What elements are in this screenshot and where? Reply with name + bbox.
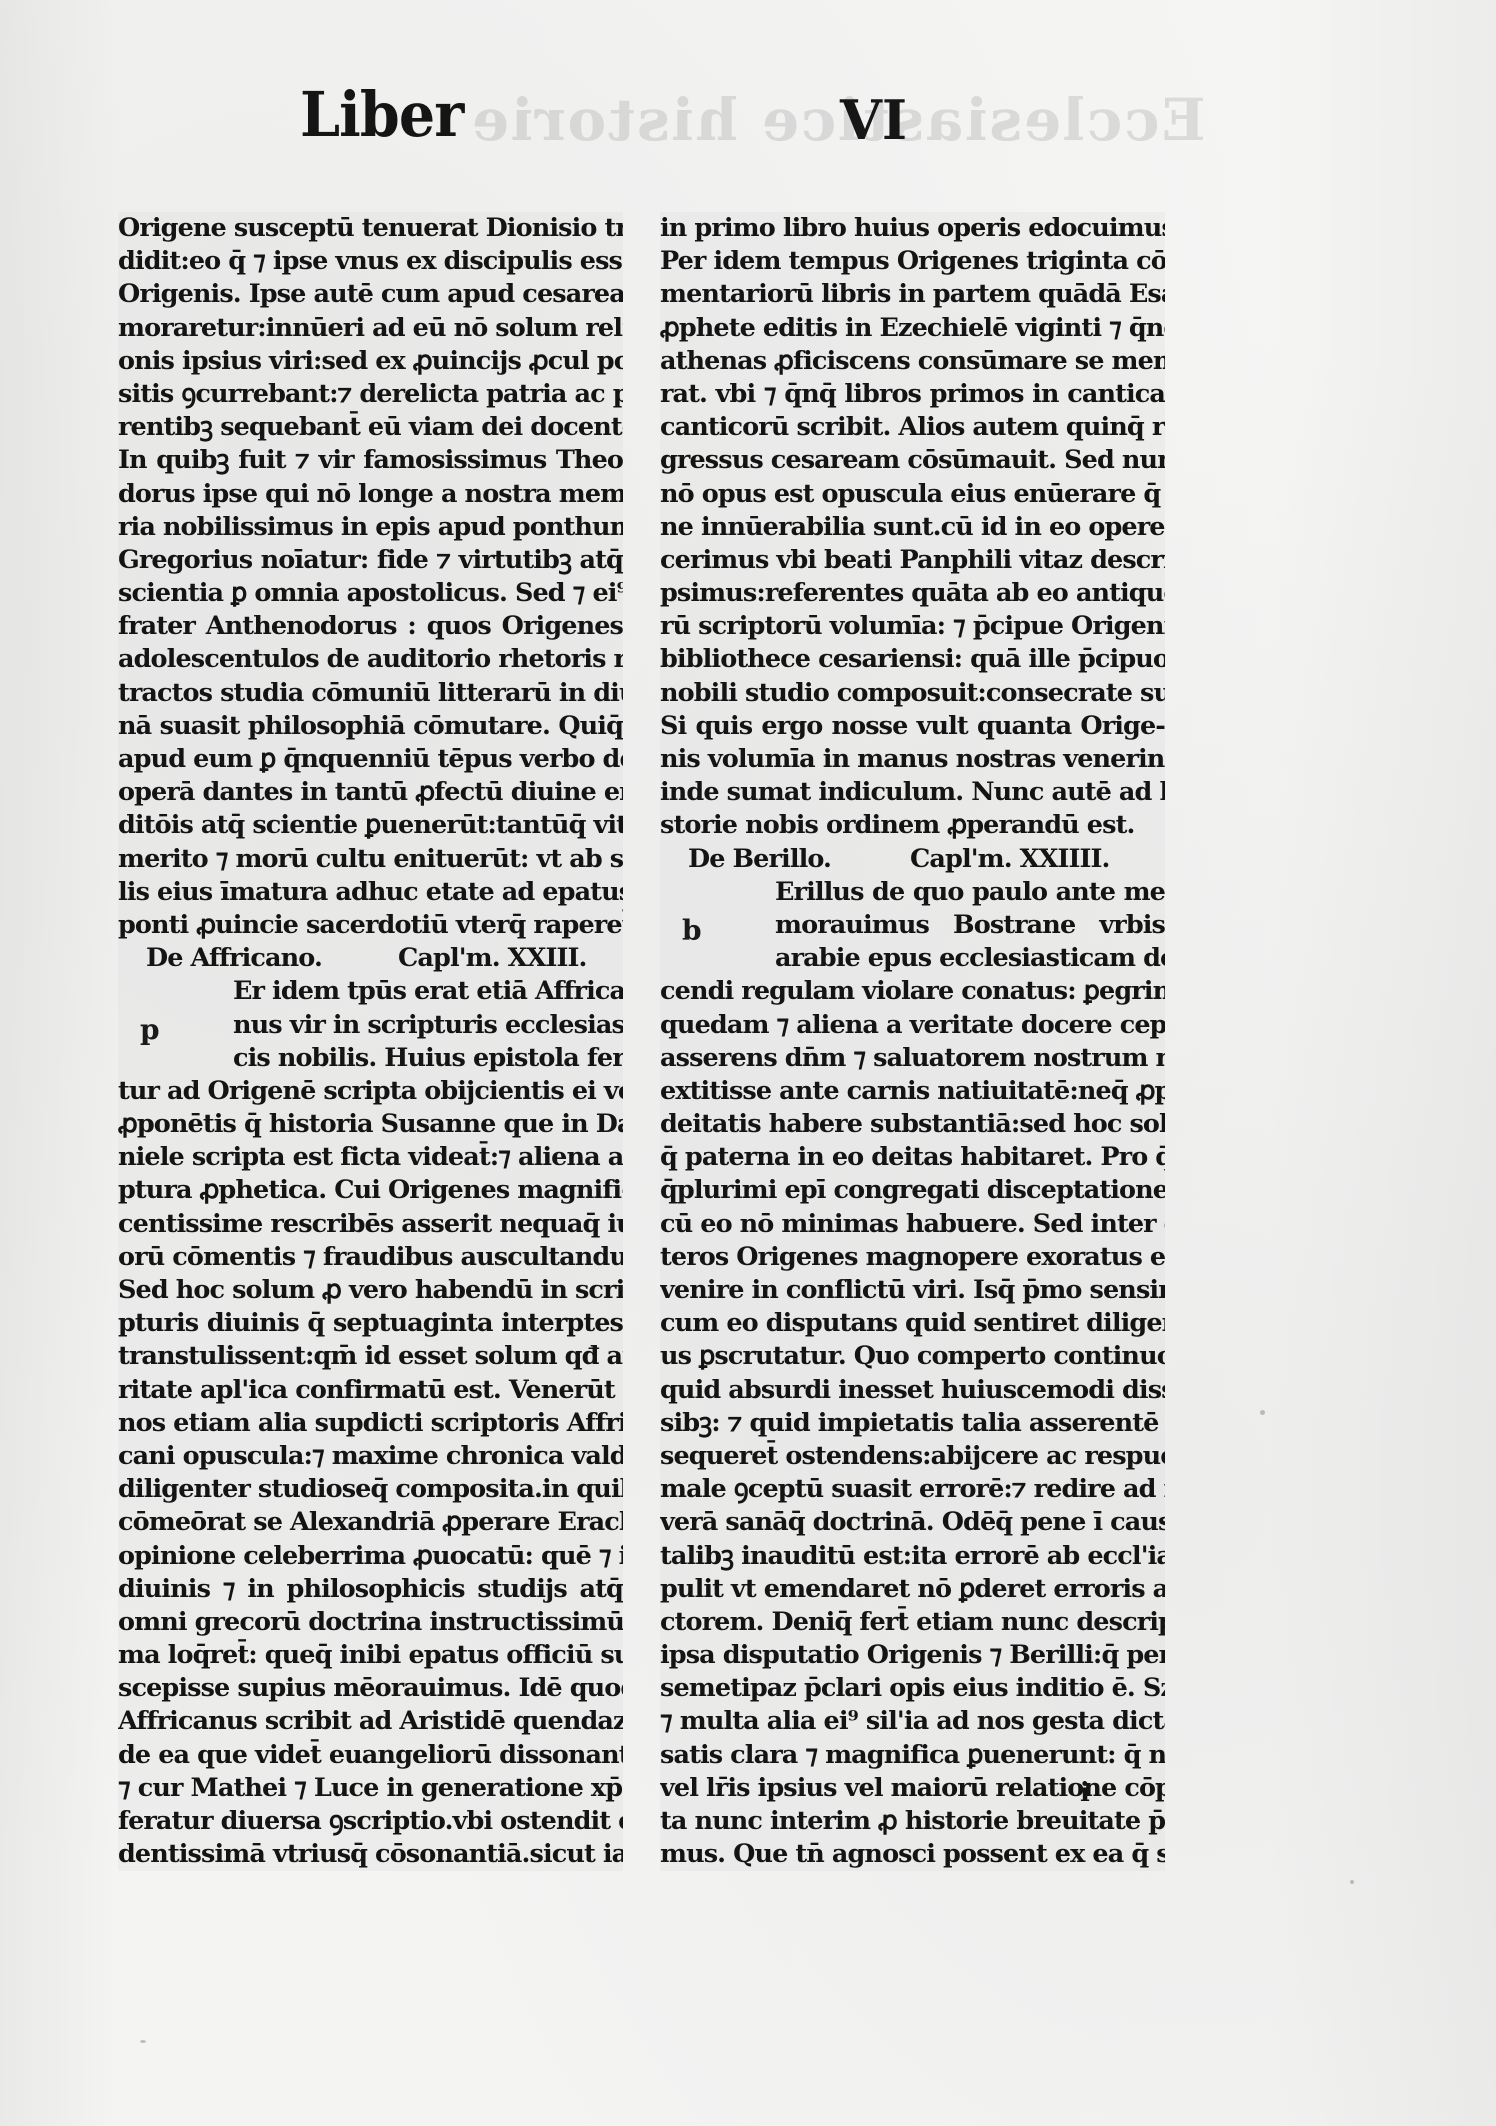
text-line: frater Anthenodorus : quos Origenes (118, 610, 623, 643)
chapter-number: Capl'm. XXIIII. (910, 843, 1110, 876)
text-line: apud eum ꝑ q̄nquenniū tēpus verbo dei (118, 743, 623, 776)
text-line: tractos studia cōmuniū litterarū in diui… (118, 677, 623, 710)
book-number: VI (840, 88, 907, 152)
text-line: centissime rescribēs asserit nequaq̄ iud… (118, 1208, 623, 1241)
book-page: Ecclesiastice historie Liber VI Origene … (0, 0, 1496, 2126)
text-line: ne innūerabilia sunt.cū id in eo opere f… (660, 511, 1165, 544)
text-line: operā dantes in tantū ꝓfectū diuine eru- (118, 776, 623, 809)
text-line: ditōis atq̄ scientie ꝑuenerūt:tantūq̄ vi… (118, 809, 623, 842)
text-line: sequeret̄ ostendens:abijcere ac respuere (660, 1440, 1165, 1473)
text-line: mentariorū libris in partem quādā Esaie (660, 278, 1165, 311)
text-line: gressus cesaream cōsūmauit. Sed nunc (660, 444, 1165, 477)
text-line: dentissimā vtriusq̄ cōsonantiā.sicut iam (118, 1838, 623, 1871)
text-line: ctorem. Deniq̄ fert̄ etiam nunc descript… (660, 1606, 1165, 1639)
text-line: Origene susceptū tenuerat Dionisio tra- (118, 212, 623, 245)
left-column: Origene susceptū tenuerat Dionisio tra-d… (118, 212, 623, 1871)
text-line: ⁊ cur Mathei ⁊ Luce in generatione xp̄i (118, 1772, 623, 1805)
text-line: deitatis habere substantiā:sed hoc solum (660, 1108, 1165, 1141)
text-line: quedam ⁊ aliena a veritate docere cepit: (660, 1009, 1165, 1042)
text-line: de ea que videt̄ euangeliorū dissonantia… (118, 1739, 623, 1772)
text-line: merito ⁊ morū cultu enituerūt: vt ab sch… (118, 843, 623, 876)
text-line: opinione celeberrima ꝓuocatū: quē ⁊ in (118, 1540, 623, 1573)
text-line: male ꝯceptū suasit errorē:⁊ redire ad fi… (660, 1473, 1165, 1506)
chapter-title: De Affricano. (146, 943, 322, 973)
text-line: in primo libro huius operis edocuimus (660, 212, 1165, 245)
text-line: extitisse ante carnis natiuitatē:neq̄ ꝓp… (660, 1075, 1165, 1108)
text-line: scepisse supius mēorauimus. Idē quoq̄ (118, 1672, 623, 1705)
text-line: q̄plurimi epī congregati disceptationes (660, 1174, 1165, 1207)
chapter-number: Capl'm. XXIII. (398, 942, 587, 975)
text-line: dorus ipse qui nō longe a nostra memo- (118, 478, 623, 511)
text-line: sibꝫ: ⁊ quid impietatis talia asserentē … (660, 1407, 1165, 1440)
running-head: Liber (300, 78, 463, 151)
text-line: sitis ꝯcurrebant:⁊ derelicta patria ac p… (118, 378, 623, 411)
text-line: diuinis ⁊ in philosophicis studijs atq̄ (118, 1573, 623, 1606)
text-line: teros Origenes magnopere exoratus est (660, 1241, 1165, 1274)
paper-speck (140, 2040, 146, 2043)
text-line: talibꝫ inauditū est:ita errorē ab eccl'i… (660, 1540, 1165, 1573)
text-line: ritate apl'ica confirmatū est. Venerūt a… (118, 1374, 623, 1407)
text-line: ponti ꝓuincie sacerdotiū vterq̄ raperet̄… (118, 909, 623, 942)
text-line: rū scriptorū volumīa: ⁊ p̄cipue Origenis (660, 610, 1165, 643)
text-line: lis eius īmatura adhuc etate ad epatus (118, 876, 623, 909)
text-line: In quibꝫ fuit ⁊ vir famosissimus Theo (118, 444, 623, 477)
text-line: Si quis ergo nosse vult quanta Orige- (660, 710, 1165, 743)
text-line: nos etiam alia supdicti scriptoris Affri… (118, 1407, 623, 1440)
text-line: inde sumat indiculum. Nunc autē ad hi- (660, 776, 1165, 809)
text-line: q̄ paterna in eo deitas habitaret. Pro q… (660, 1141, 1165, 1174)
text-line: verā sanāq̄ doctrinā. Odēq̄ pene ī causi… (660, 1506, 1165, 1539)
text-line: orū cōmentis ⁊ fraudibus auscultanduz. (118, 1241, 623, 1274)
show-through-text: Ecclesiastice historie (470, 86, 1206, 154)
text-line: cū eo nō minimas habuere. Sed inter ce (660, 1208, 1165, 1241)
text-line: didit:eo q̄ ⁊ ipse vnus ex discipulis es… (118, 245, 623, 278)
text-line: us ꝑscrutatur. Quo comperto continuo (660, 1340, 1165, 1373)
text-line: cendi regulam violare conatus: ꝑegrina (660, 975, 1165, 1008)
text-line: storie nobis ordinem ꝓperandū est. (660, 809, 1165, 842)
text-line: scientia ꝑ omnia apostolicus. Sed ⁊ ei⁹ (118, 577, 623, 610)
text-line: niele scripta est ficta videat̄:⁊ aliena… (118, 1141, 623, 1174)
text-line: onis ipsius viri:sed ex ꝓuincijs ꝓcul po… (118, 345, 623, 378)
text-line: Gregorius noīatur: fide ⁊ virtutibꝫ atq̄ (118, 544, 623, 577)
text-line: nā suasit philosophiā cōmutare. Quiq̄ (118, 710, 623, 743)
text-line: ptura ꝓphetica. Cui Origenes magnifi- (118, 1174, 623, 1207)
text-line: athenas ꝓficiscens consūmare se memo- (660, 345, 1165, 378)
text-line: cani opuscula:⁊ maxime chronica valde (118, 1440, 623, 1473)
text-line: transtulissent:qm̄ id esset solum qđ auc… (118, 1340, 623, 1373)
text-line: ꝓponētis q̄ historia Susanne que in Da (118, 1108, 623, 1141)
paper-speck (1350, 1880, 1354, 1884)
chapter-heading: De Affricano. Capl'm. XXIII. (118, 942, 623, 975)
text-line: cerimus vbi beati Panphili vitaz descri (660, 544, 1165, 577)
text-line: ta nunc interim ꝓ historie breuitate p̄t… (660, 1805, 1165, 1838)
text-line: semetipaz p̄clari opis eius inditio ē. S… (660, 1672, 1165, 1705)
text-line: Affricanus scribit ad Aristidē quendaz (118, 1705, 623, 1738)
text-line: Erillus de quo paulo ante me (660, 876, 1165, 909)
text-line: omni grecorū doctrina instructissimū fa- (118, 1606, 623, 1639)
text-line: venire in conflictū viri. Isq̄ p̄mo sens… (660, 1274, 1165, 1307)
text-line: adolescentulos de auditorio rhetoris re- (118, 643, 623, 676)
text-line: Origenis. Ipse autē cum apud cesaream (118, 278, 623, 311)
text-line: ria nobilissimus in epis apud ponthum (118, 511, 623, 544)
text-line: nis volumīa in manus nostras venerint (660, 743, 1165, 776)
signature-mark: i (1080, 1778, 1090, 1808)
text-line: diligenter studioseq̄ composita.in quibꝫ (118, 1473, 623, 1506)
text-line: nus vir in scripturis ecclesiasti (118, 1009, 623, 1042)
chapter-title: De Berillo. (688, 844, 831, 874)
text-line: psimus:referentes quāta ab eo antiquo- (660, 577, 1165, 610)
text-line: pturis diuinis q̄ septuaginta interptes (118, 1307, 623, 1340)
text-line: quid absurdi inesset huiuscemodi dissen- (660, 1374, 1165, 1407)
text-line: pulit vt emendaret nō ꝑderet erroris au- (660, 1573, 1165, 1606)
text-line: Per idem tempus Origenes triginta cō (660, 245, 1165, 278)
text-line: feratur diuersa ꝯscriptio.vbi ostendit e… (118, 1805, 623, 1838)
text-line: rat. vbi ⁊ q̄nq̄ libros primos in cantic… (660, 378, 1165, 411)
text-line: ma loq̄ret̄: queq̄ inibi epatus officiū … (118, 1639, 623, 1672)
text-line: asserens dn̄m ⁊ saluatorem nostrum neq̄ (660, 1042, 1165, 1075)
text-line: canticorū scribit. Alios autem quinq̄ re… (660, 411, 1165, 444)
text-line: rentibꝫ sequebant̄ eū viam dei docentem (118, 411, 623, 444)
text-line: Sed hoc solum ꝓ vero habendū in scri (118, 1274, 623, 1307)
text-line: ⁊ multa alia ei⁹ sil'ia ad nos gesta dic… (660, 1705, 1165, 1738)
text-line: cum eo disputans quid sentiret diligenti (660, 1307, 1165, 1340)
text-line: mus. Que tn̄ agnosci possent ex ea q̄ sc… (660, 1838, 1165, 1871)
text-line: ipsa disputatio Origenis ⁊ Berilli:q̄ pe… (660, 1639, 1165, 1672)
text-line: nō opus est opuscula eius enūerare q̄ pe (660, 478, 1165, 511)
paper-speck (1260, 1410, 1265, 1415)
drop-cap-block: p Er idem tpūs erat etiā Affricanus vir … (118, 975, 623, 1075)
text-line: ꝓphete editis in Ezechielē viginti ⁊ q̄n… (660, 312, 1165, 345)
chapter-heading: De Berillo. Capl'm. XXIIII. (660, 843, 1165, 876)
text-line: cōmeōrat se Alexandriā ꝓperare Eracle (118, 1506, 623, 1539)
text-line: nobili studio composuit:consecrate sunt. (660, 677, 1165, 710)
text-line: satis clara ⁊ magnifica ꝑuenerunt: q̄ no… (660, 1739, 1165, 1772)
text-line: cis nobilis. Huius epistola fer (118, 1042, 623, 1075)
text-line: tur ad Origenē scripta obijcientis ei ve… (118, 1075, 623, 1108)
page-header: Ecclesiastice historie Liber VI (0, 78, 1496, 158)
drop-cap-block: b Erillus de quo paulo ante memorauimus … (660, 876, 1165, 976)
text-line: bibliothece cesariensi: quā ille p̄cipuo… (660, 643, 1165, 676)
right-column: in primo libro huius operis edocuimusPer… (660, 212, 1165, 1871)
text-line: morauimus Bostrane vrbis (660, 909, 1165, 942)
text-line: Er idem tpūs erat etiā Affrica (118, 975, 623, 1008)
text-line: moraretur:innūeri ad eū nō solum religi (118, 312, 623, 345)
text-line: arabie epus ecclesiasticam do- (660, 942, 1165, 975)
